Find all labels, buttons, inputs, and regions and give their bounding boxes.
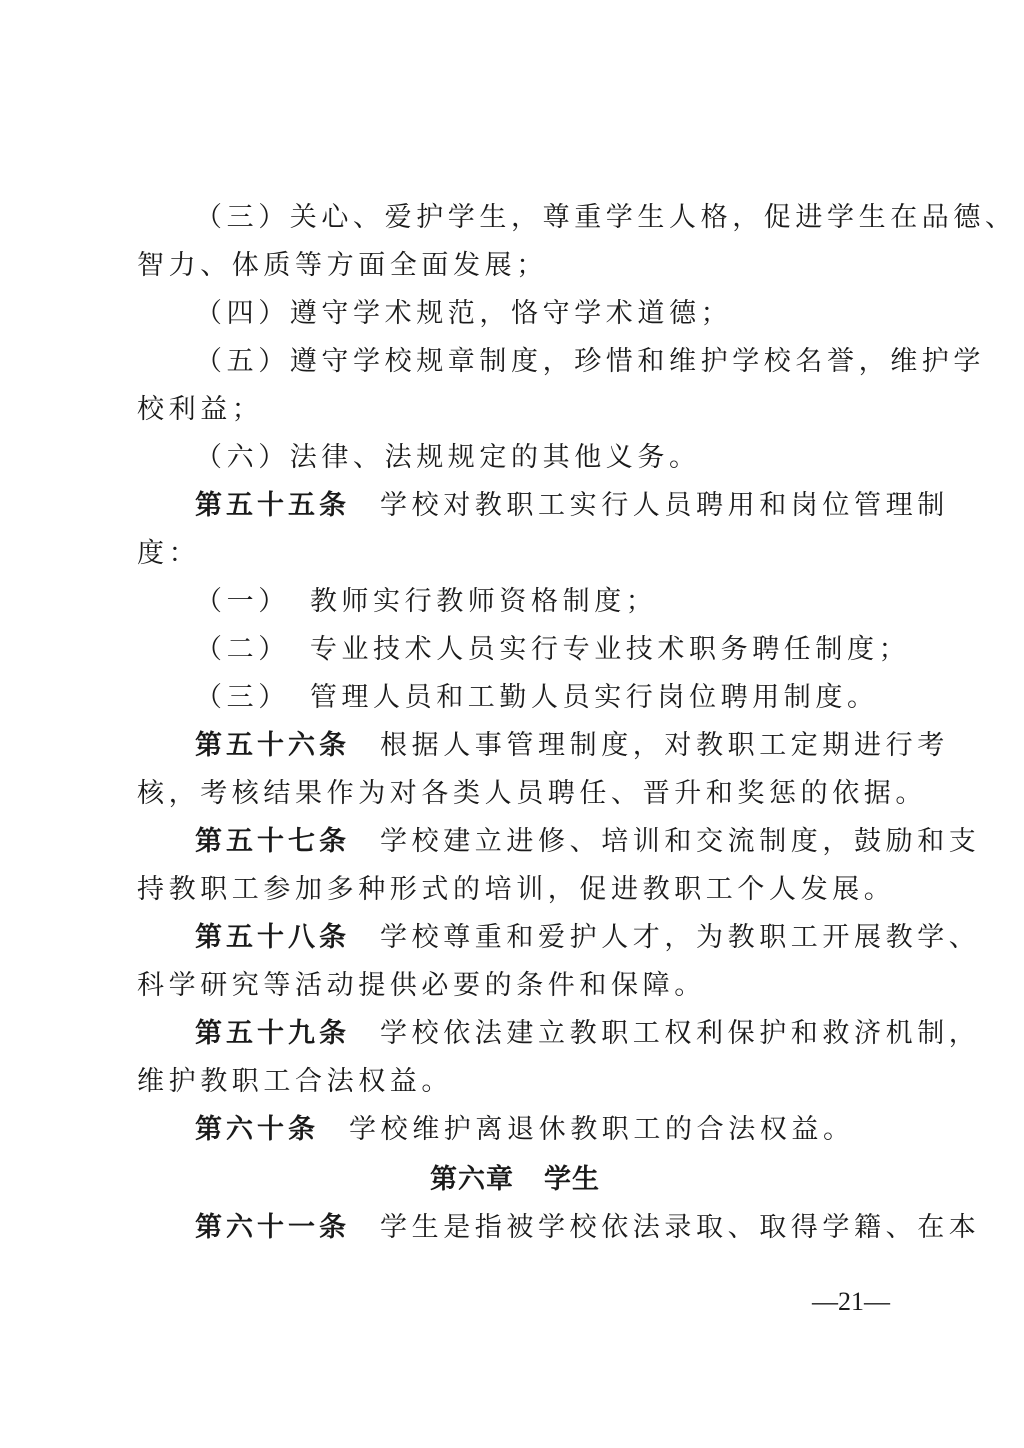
article-55-text: 学校对教职工实行人员聘用和岗位管理制 (380, 490, 949, 521)
article-58-line-1: 第五十八条学校尊重和爱护人才，为教职工开展教学、 (195, 918, 897, 958)
chapter-number: 第六章 (430, 1164, 514, 1195)
article-55-item-2: （二）专业技术人员实行专业技术职务聘任制度； (195, 630, 897, 670)
article-57-line-1: 第五十七条学校建立进修、培训和交流制度，鼓励和支 (195, 822, 897, 862)
article-56-line-1: 第五十六条根据人事管理制度，对教职工定期进行考 (195, 726, 897, 766)
article-57-heading: 第五十七条 (195, 826, 350, 857)
article-59-line-1: 第五十九条学校依法建立教职工权利保护和救济机制， (195, 1014, 897, 1054)
duty-item-3-line-2: 智力、体质等方面全面发展； (137, 246, 897, 286)
article-55-item-1: （一）教师实行教师资格制度； (195, 582, 897, 622)
article-56-line-2: 核，考核结果作为对各类人员聘任、晋升和奖惩的依据。 (137, 774, 897, 814)
article-61-text: 学生是指被学校依法录取、取得学籍、在本 (380, 1212, 980, 1243)
item-marker: （二） (195, 634, 290, 665)
article-61-line-1: 第六十一条学生是指被学校依法录取、取得学籍、在本 (195, 1208, 897, 1248)
chapter-heading: 第六章学生 (0, 1160, 1024, 1200)
item-text: 教师实行教师资格制度； (310, 586, 658, 617)
item-text: 专业技术人员实行专业技术职务聘任制度； (310, 634, 910, 665)
article-58-heading: 第五十八条 (195, 922, 350, 953)
article-55-line-1: 第五十五条学校对教职工实行人员聘用和岗位管理制 (195, 486, 897, 526)
page-number: —21— (812, 1282, 890, 1322)
article-55-heading: 第五十五条 (195, 490, 350, 521)
duty-item-3-line-1: （三）关心、爱护学生，尊重学生人格，促进学生在品德、 (195, 198, 897, 238)
article-59-line-2: 维护教职工合法权益。 (137, 1062, 897, 1102)
article-60-heading: 第六十条 (195, 1114, 319, 1145)
document-page: （三）关心、爱护学生，尊重学生人格，促进学生在品德、 智力、体质等方面全面发展；… (0, 0, 1024, 1448)
article-60-line-1: 第六十条学校维护离退休教职工的合法权益。 (195, 1110, 897, 1150)
article-60-text: 学校维护离退休教职工的合法权益。 (349, 1114, 855, 1145)
article-57-text: 学校建立进修、培训和交流制度，鼓励和支 (380, 826, 980, 857)
duty-item-6: （六）法律、法规规定的其他义务。 (195, 438, 897, 478)
item-text: 管理人员和工勤人员实行岗位聘用制度。 (310, 682, 879, 713)
article-55-item-3: （三）管理人员和工勤人员实行岗位聘用制度。 (195, 678, 897, 718)
duty-item-5-line-1: （五）遵守学校规章制度，珍惜和维护学校名誉，维护学 (195, 342, 897, 382)
article-59-heading: 第五十九条 (195, 1018, 350, 1049)
article-58-text: 学校尊重和爱护人才，为教职工开展教学、 (380, 922, 980, 953)
duty-item-5-line-2: 校利益； (137, 390, 897, 430)
article-58-line-2: 科学研究等活动提供必要的条件和保障。 (137, 966, 897, 1006)
duty-item-4: （四）遵守学术规范，恪守学术道德； (195, 294, 897, 334)
article-56-heading: 第五十六条 (195, 730, 350, 761)
article-57-line-2: 持教职工参加多种形式的培训，促进教职工个人发展。 (137, 870, 897, 910)
chapter-title: 学生 (544, 1164, 600, 1195)
article-56-text: 根据人事管理制度，对教职工定期进行考 (380, 730, 949, 761)
article-55-line-2: 度： (137, 534, 897, 574)
item-marker: （三） (195, 682, 290, 713)
article-61-heading: 第六十一条 (195, 1212, 350, 1243)
article-59-text: 学校依法建立教职工权利保护和救济机制， (380, 1018, 980, 1049)
item-marker: （一） (195, 586, 290, 617)
